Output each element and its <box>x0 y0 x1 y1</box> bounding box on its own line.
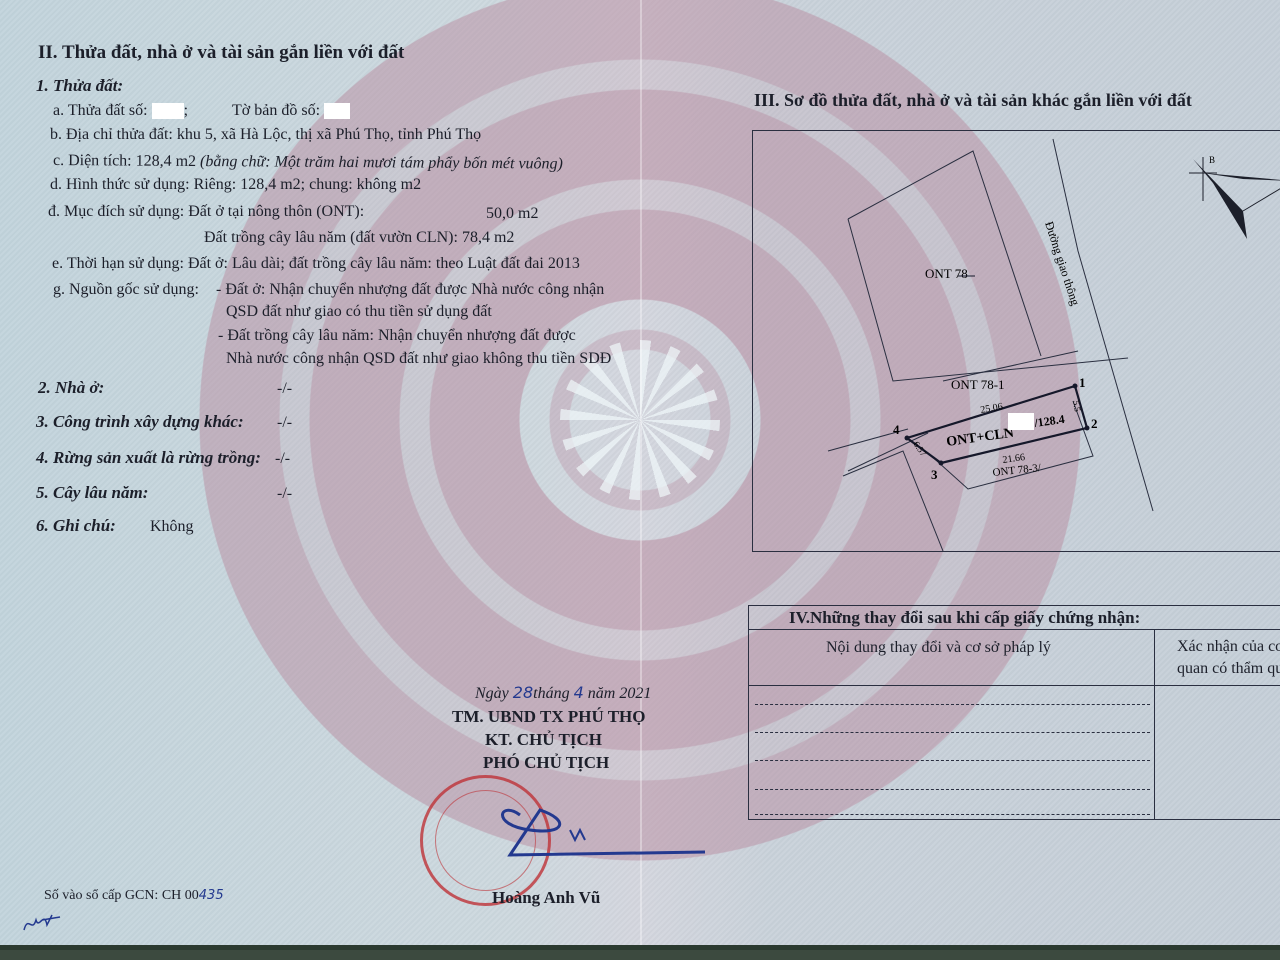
date-month: 4 <box>574 683 584 702</box>
item-other-works-value: -/- <box>277 414 292 432</box>
signing-date: Ngày 28tháng 4 năm 2021 <box>475 683 651 703</box>
date-day: 28 <box>513 683 533 702</box>
use-purpose-cln: Đất trồng cây lâu năm (đất vườn CLN): 78… <box>204 229 514 247</box>
column-divider <box>1154 629 1155 819</box>
point-1: 1 <box>1079 375 1086 390</box>
changes-table: IV.Những thay đổi sau khi cấp giấy chứng… <box>748 605 1280 820</box>
edge-1-2-length: 5.5 <box>1071 400 1083 413</box>
parcel-diagram-frame: ONT 78 ONT 78-1 ONT 78-3/ ONT+CLN /128.4… <box>752 130 1280 552</box>
date-prefix: Ngày <box>475 685 509 702</box>
parcel-diagram: ONT 78 ONT 78-1 ONT 78-3/ ONT+CLN /128.4… <box>753 131 1280 551</box>
neighbor-ont-78-3: ONT 78-3/ <box>992 462 1042 479</box>
point-2: 2 <box>1091 416 1098 431</box>
col-authority-line-2: quan có thẩm quyề <box>1177 658 1280 680</box>
item-other-works-label: 3. Công trình xây dựng khác: <box>36 412 244 432</box>
date-year: năm 2021 <box>588 685 652 702</box>
entry-line[interactable] <box>755 789 1150 790</box>
item-note-label: 6. Ghi chú: <box>36 516 116 536</box>
map-sheet-label: Tờ bản đồ số: <box>232 102 320 119</box>
registry-number: Số vào sổ cấp GCN: CH 00435 <box>44 888 224 904</box>
origin-line-2: QSD đất như giao có thu tiền sử dụng đất <box>226 303 492 321</box>
origin-line-1: - Đất ở: Nhận chuyển nhượng đất được Nhà… <box>216 281 604 299</box>
parcel-area: c. Diện tích: 128,4 m2 (bằng chữ: Một tr… <box>53 152 563 174</box>
origin-line-3: - Đất trồng cây lâu năm: Nhận chuyển như… <box>218 327 576 345</box>
item-perennial-value: -/- <box>277 485 292 503</box>
compass-north-label: B <box>1209 155 1215 165</box>
north-arrow-icon: B <box>1189 155 1280 239</box>
parcel-address: b. Địa chỉ thửa đất: khu 5, xã Hà Lộc, t… <box>50 126 481 144</box>
entry-line[interactable] <box>755 704 1150 705</box>
handwritten-signature <box>470 795 710 865</box>
land-parcel-heading: 1. Thửa đất: <box>36 76 123 96</box>
point-3: 3 <box>931 467 938 482</box>
road-label: Đường giao thông <box>1042 220 1082 308</box>
initials-scribble <box>22 905 62 935</box>
parcel-area-map: /128.4 <box>1032 412 1065 430</box>
item-forest-value: -/- <box>275 450 290 468</box>
signer-name: Hoàng Anh Vũ <box>492 888 600 908</box>
parcel-number-label: a. Thửa đất số: <box>53 102 148 119</box>
item-house-value: -/- <box>277 380 292 398</box>
neighbor-ont-78-1: ONT 78-1 <box>951 377 1005 392</box>
entry-line[interactable] <box>755 760 1150 761</box>
col-authority-confirmation: Xác nhận của cơ quan có thẩm quyề <box>1177 636 1280 680</box>
edge-3-4-length: 6.57 <box>911 439 929 458</box>
use-form: d. Hình thức sử dụng: Riêng: 128,4 m2; c… <box>50 176 421 194</box>
edge-4-1-length: 25.06 <box>980 401 1004 416</box>
changes-table-header-row: Nội dung thay đổi và cơ sở pháp lý Xác n… <box>749 629 1280 686</box>
neighbor-ont-78: ONT 78 <box>925 266 968 281</box>
parcel-number-redacted <box>152 103 184 119</box>
section-3-title: III. Sơ đồ thửa đất, nhà ở và tài sản kh… <box>754 90 1192 111</box>
use-purpose-ont: đ. Mục đích sử dụng: Đất ở tại nông thôn… <box>48 203 364 221</box>
signer-role-1: KT. CHỦ TỊCH <box>485 730 602 750</box>
col-authority-line-1: Xác nhận của cơ <box>1177 636 1280 658</box>
entry-line[interactable] <box>755 814 1150 815</box>
item-perennial-label: 5. Cây lâu năm: <box>36 483 148 503</box>
section-2-title: II. Thửa đất, nhà ở và tài sản gắn liền … <box>38 42 404 64</box>
point-4: 4 <box>893 422 900 437</box>
area-words: (bằng chữ: Một trăm hai mươi tám phẩy bố… <box>200 153 563 173</box>
item-house-label: 2. Nhà ở: <box>38 378 104 398</box>
registry-handwritten-no: 435 <box>199 888 224 903</box>
item-note-value: Không <box>150 518 194 536</box>
area-value: c. Diện tích: 128,4 m2 <box>53 152 196 170</box>
section-4-title: IV.Những thay đổi sau khi cấp giấy chứng… <box>789 608 1140 628</box>
origin-line-4: Nhà nước công nhận QSD đất như giao khôn… <box>226 350 611 368</box>
signer-role-2: PHÓ CHỦ TỊCH <box>483 753 609 773</box>
signing-organization: TM. UBND TX PHÚ THỌ <box>452 707 645 727</box>
map-sheet-redacted <box>324 103 350 119</box>
use-term: e. Thời hạn sử dụng: Đất ở: Lâu dài; đất… <box>52 255 580 273</box>
use-purpose-ont-value: 50,0 m2 <box>486 205 538 223</box>
registry-label: Số vào sổ cấp GCN: CH 00 <box>44 888 199 903</box>
date-month-word: tháng <box>533 685 569 702</box>
col-change-content: Nội dung thay đổi và cơ sở pháp lý <box>826 639 1051 657</box>
parcel-number-row: a. Thửa đất số: ; Tờ bản đồ số: <box>53 102 350 120</box>
changes-table-title-row: IV.Những thay đổi sau khi cấp giấy chứng… <box>749 606 1280 630</box>
parcel-number-redacted-map <box>1008 413 1034 430</box>
entry-line[interactable] <box>755 732 1150 733</box>
parcel-label: ONT+CLN <box>945 426 1014 450</box>
item-forest-label: 4. Rừng sản xuất là rừng trồng: <box>36 448 261 468</box>
origin-label: g. Nguồn gốc sử dụng: <box>53 281 199 299</box>
